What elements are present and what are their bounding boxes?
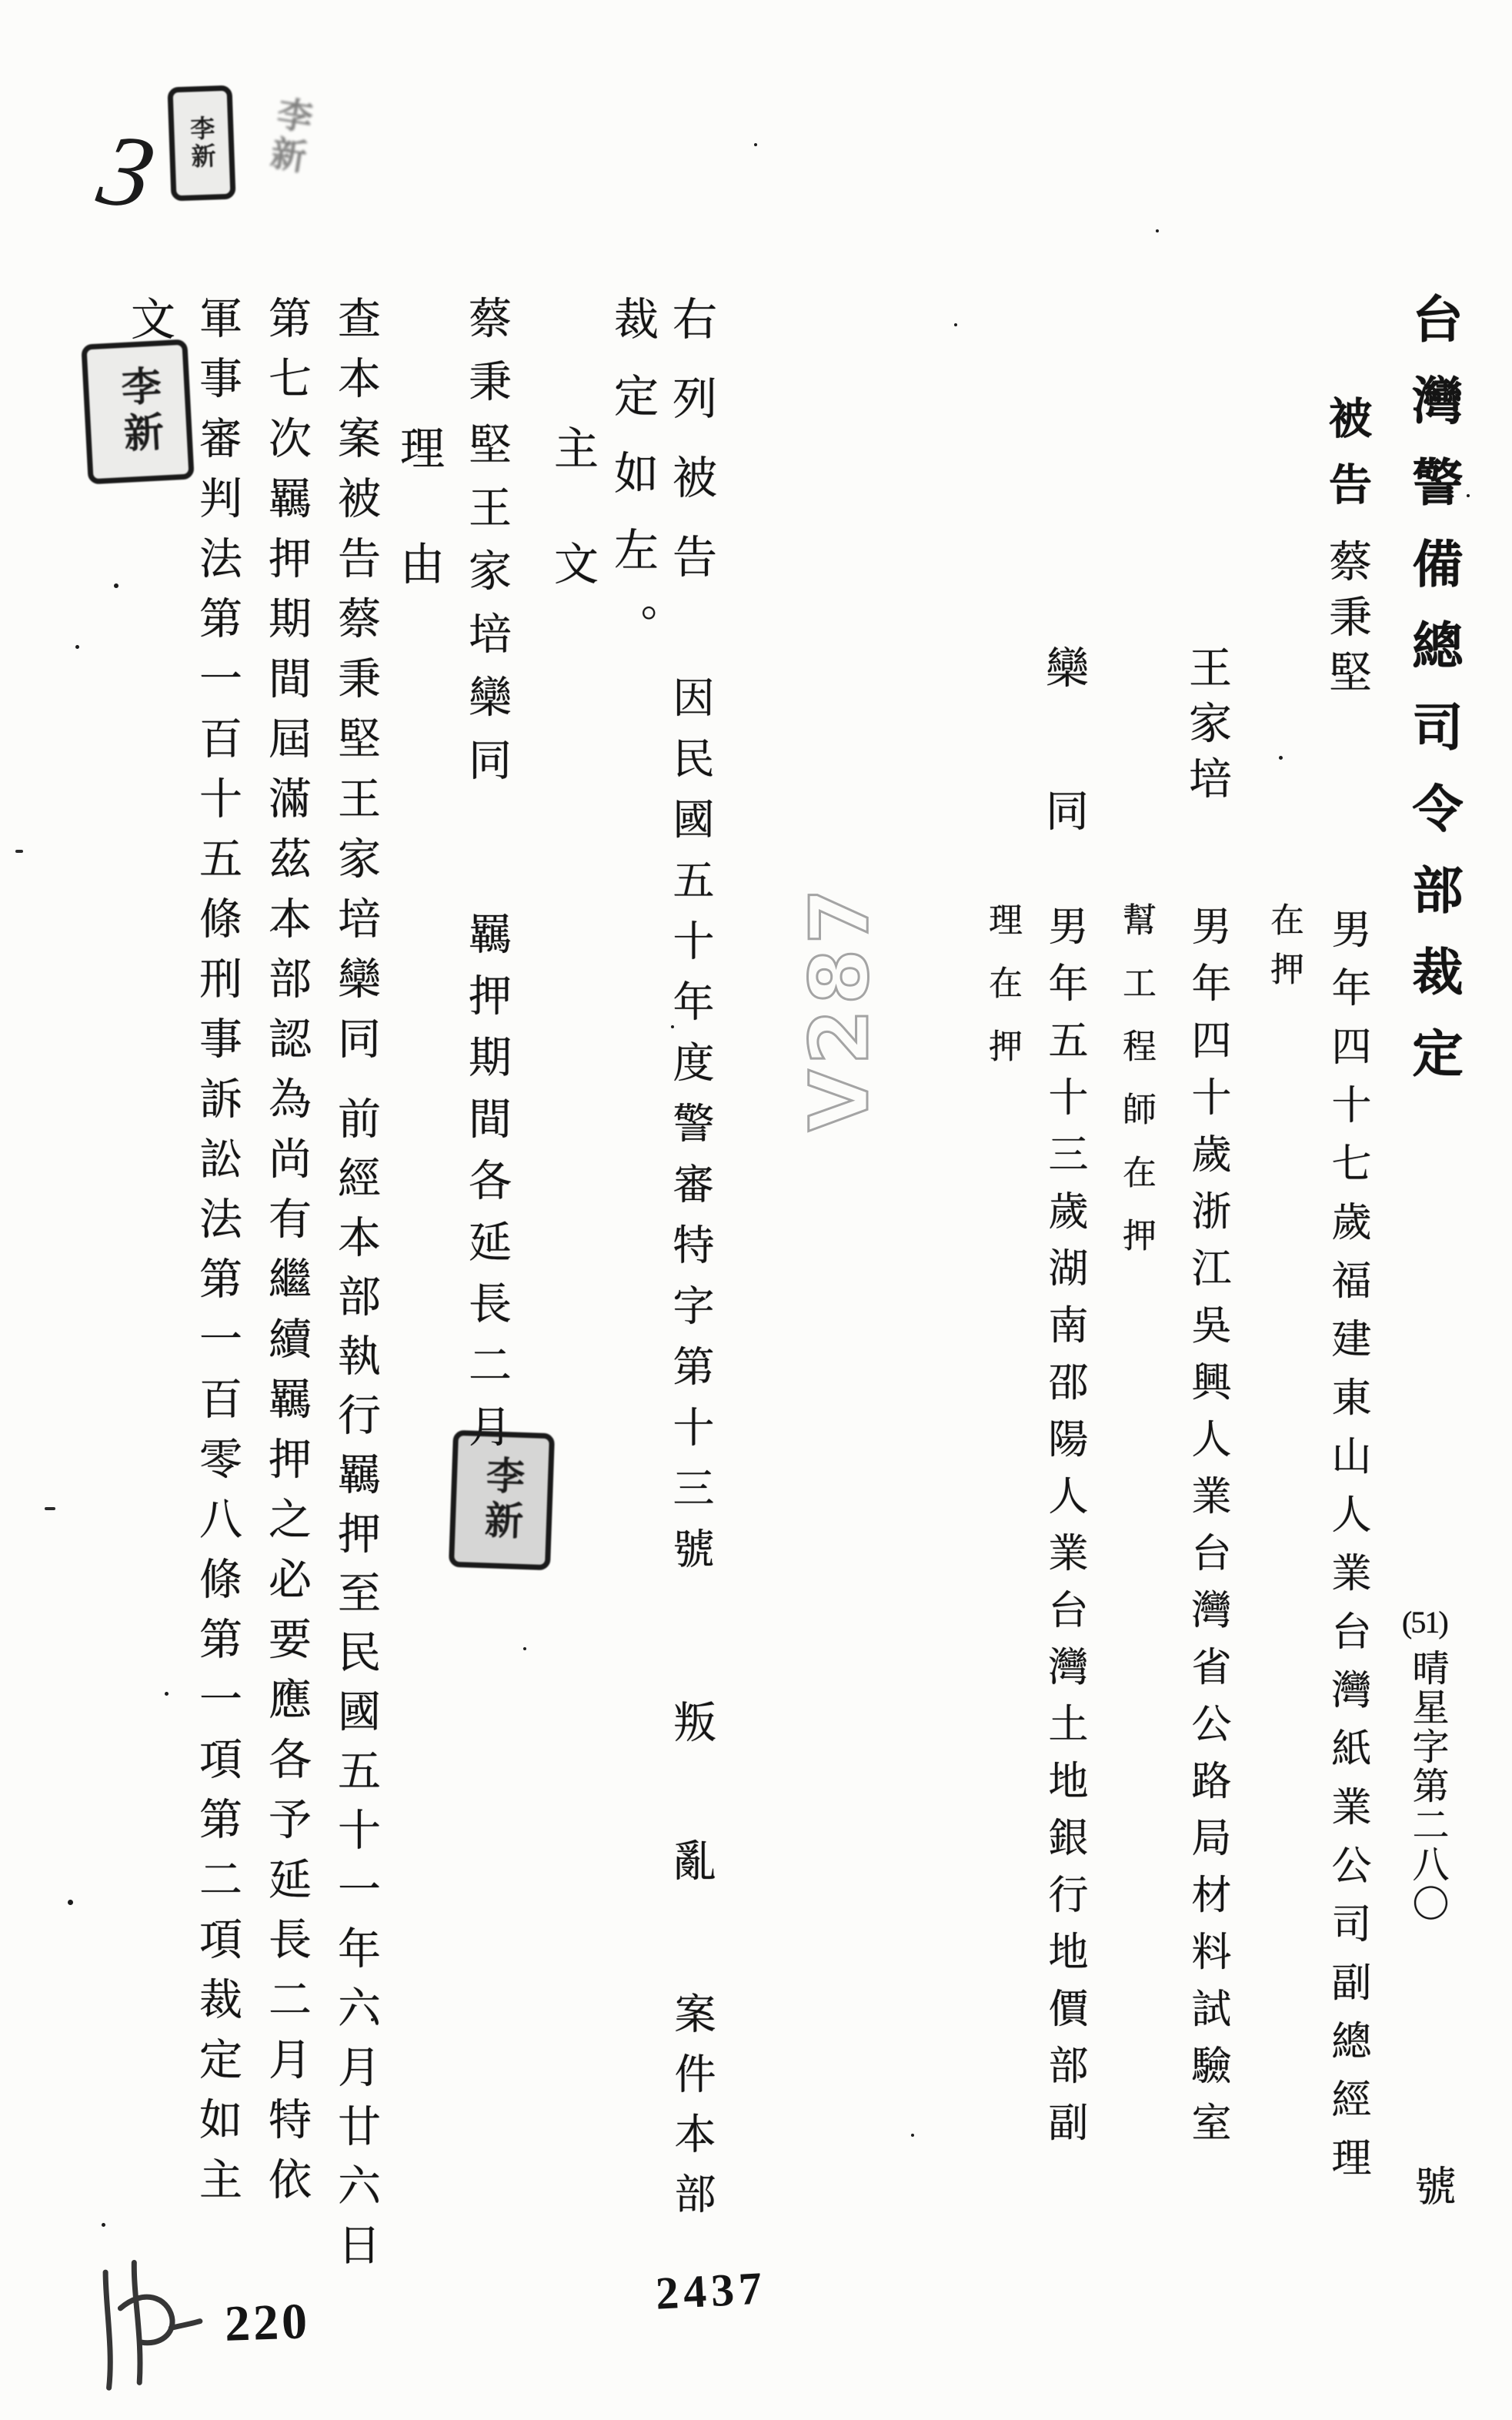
reason-heading: 理由 [396, 425, 440, 656]
reason-line-2: 前經本部執行羈押至民國五十一年六月廿六日 [334, 1096, 377, 2281]
scan-speck [671, 1025, 674, 1028]
seal-script-text: 李新 [115, 365, 160, 460]
preamble-ruling-intro: 裁定如左。 [609, 296, 654, 680]
seal-stamp-top-left-ghost: 李新 [223, 72, 355, 201]
case-number-suffix: 號 [1411, 2164, 1453, 2206]
preamble-addressees: 右列被告 [668, 296, 713, 613]
defendant-1-custody-status: 在押 [1267, 902, 1300, 1001]
defendant-1-details: 男年四十七歲福建東山人業台灣紙業公司副總經理 [1327, 908, 1367, 2195]
scan-speck [911, 2134, 914, 2137]
case-number-serial: 晴星字第二八〇 [1408, 1649, 1445, 1924]
scan-speck [102, 2223, 105, 2227]
defendant-2-details: 男年四十歲浙江吳興人業台灣省公路局材料試驗室 [1187, 905, 1227, 2158]
scan-speck [1467, 494, 1470, 497]
scan-speck [165, 1692, 169, 1696]
reason-line-1: 查本案被告蔡秉堅王家培欒同 [334, 296, 377, 1076]
scan-speck [68, 1900, 73, 1905]
reason-overflow-char: 文 [126, 296, 171, 340]
scan-speck [523, 1647, 526, 1650]
defendant-1-name: 蔡秉堅 [1325, 539, 1368, 705]
reason-line-3: 第七次羈押期間屆滿茲本部認為尚有繼續羈押之必要應各予延長二月特依 [265, 296, 308, 2217]
preamble-case-reference: 因民國五十年度警審特字第十三號 [669, 676, 711, 1588]
scan-speck [1279, 756, 1283, 760]
scan-speck [754, 143, 757, 146]
scan-dash [45, 1507, 55, 1510]
scan-speck [114, 583, 118, 588]
document-title: 台灣警備總司令部裁定 [1407, 292, 1457, 1108]
handwritten-number-top: 3 [89, 111, 165, 232]
main-text-ruling: 羈押期間各延長二月 [465, 911, 508, 1466]
halftone-watermark: V287 [793, 877, 893, 1131]
defendant-3-details: 男年五十三歲湖南邵陽人業台灣土地銀行地價部副 [1043, 905, 1083, 2158]
case-number-prefix: (51) [1402, 1607, 1447, 1638]
page-number-center: 2437 [654, 2261, 767, 2320]
page-number-left: 220 [224, 2292, 312, 2354]
defendant-3-custody-status: 理在押 [985, 902, 1019, 1091]
seal-script-text: 李新 [265, 94, 312, 179]
seal-stamp-beside-overflow-char: 李新 [81, 339, 194, 485]
scan-speck [1156, 229, 1159, 232]
scan-speck [75, 645, 79, 649]
scanned-document-page: 台灣警備總司令部裁定 (51) 晴星字第二八〇 號 被告 蔡秉堅 男年四十七歲福… [0, 0, 1512, 2420]
handwritten-mark-bottom [86, 2251, 219, 2398]
scan-speck [274, 927, 278, 931]
reason-line-4: 軍事審判法第一百十五條刑事訴訟法第一百零八條第一項第二項裁定如主 [195, 296, 239, 2217]
defendant-2-custody-status: 幫工程師在押 [1119, 902, 1153, 1281]
scan-speck [954, 323, 957, 326]
seal-stamp-top-left: 李新 [167, 85, 235, 202]
scan-speck [231, 1277, 234, 1280]
defendants-label: 被告 [1325, 396, 1368, 528]
preamble-charge: 叛亂 [669, 1700, 713, 1977]
scan-dash [15, 850, 23, 853]
seal-stamp-below-main-text: 李新 [449, 1430, 555, 1570]
defendant-3-name: 欒同 [1042, 645, 1085, 931]
preamble-handler: 案件本部 [671, 1992, 713, 2232]
scan-speck [371, 2018, 374, 2021]
main-text-heading: 主文 [549, 425, 594, 656]
defendant-2-name: 王家培 [1185, 645, 1228, 811]
main-text-names: 蔡秉堅王家培欒同 [465, 296, 508, 801]
seal-script-text: 李新 [189, 115, 215, 171]
seal-script-text: 李新 [481, 1455, 522, 1546]
